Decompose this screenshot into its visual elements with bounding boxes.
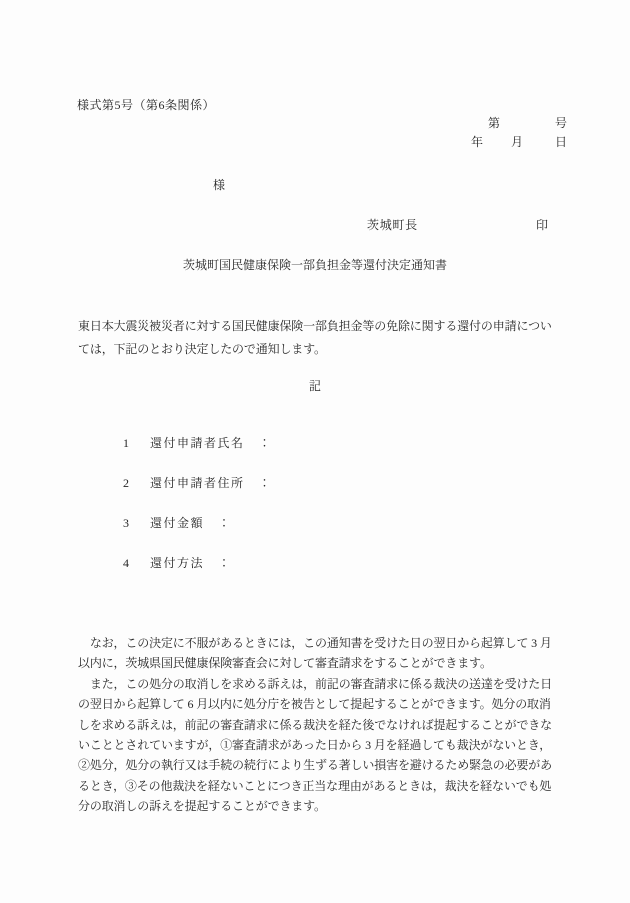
date-line: 年月日 (471, 133, 567, 150)
record-marker: 記 (0, 377, 630, 394)
item-number: 3 (123, 516, 129, 530)
item-colon: ： (218, 556, 230, 570)
item-colon: ： (259, 436, 271, 450)
date-month-label: 月 (511, 135, 523, 149)
list-item: 2還付申請者住所： (123, 477, 271, 489)
closing-line: 分の取消しの訴えを提起することができます。 (78, 796, 560, 816)
addressee-honorific: 様 (213, 176, 225, 193)
closing-line: の翌日から起算して 6 月以内に処分庁を被告として提起することができます。処分の… (78, 694, 560, 714)
closing-line: いこととされていますが，①審査請求があった日から 3 月を経過しても裁決がないと… (78, 735, 560, 755)
issuer-name: 茨城町長 (367, 216, 418, 233)
item-label: 還付金額 (150, 516, 204, 530)
item-number: 1 (123, 436, 129, 450)
closing-paragraph: なお，この決定に不服があるときには，この通知書を受けた日の翌日から起算して 3 … (78, 633, 560, 817)
closing-line: また，この処分の取消しを求める訴えは，前記の審査請求に係る裁決の送達を受けた日 (78, 674, 560, 694)
item-number: 4 (123, 556, 129, 570)
item-list: 1還付申請者氏名： 2還付申請者住所： 3還付金額： 4還付方法： (123, 437, 271, 597)
list-item: 4還付方法： (123, 557, 271, 569)
item-label: 還付申請者住所 (150, 476, 245, 490)
closing-line: るとき，③その他裁決を経ないことにつき正当な理由があるときは，裁決を経ないでも処 (78, 776, 560, 796)
closing-line: なお，この決定に不服があるときには，この通知書を受けた日の翌日から起算して 3 … (78, 633, 560, 653)
doc-number-prefix: 第 (488, 116, 500, 130)
item-label: 還付方法 (150, 556, 204, 570)
closing-line: しを求める訴えは，前記の審査請求に係る裁決を経た後でなければ提起することができな (78, 715, 560, 735)
intro-line: 東日本大震災被災者に対する国民健康保険一部負担金等の免除に関する還付の申請につい (78, 315, 558, 338)
intro-line: ては，下記のとおり決定したので通知します。 (78, 338, 558, 361)
doc-number-suffix: 号 (555, 116, 567, 130)
date-day-label: 日 (555, 135, 567, 149)
date-year-label: 年 (471, 135, 483, 149)
form-number-label: 様式第5号（第6条関係） (77, 96, 215, 113)
closing-line: ②処分，処分の執行又は手続の続行により生ずる著しい損害を避けるため緊急の必要があ (78, 755, 560, 775)
item-label: 還付申請者氏名 (150, 436, 245, 450)
item-number: 2 (123, 476, 129, 490)
document-number-line: 第号 (488, 114, 567, 131)
document-page: 様式第5号（第6条関係） 第号 年月日 様 茨城町長 印 茨城町国民健康保険一部… (0, 0, 630, 903)
intro-paragraph: 東日本大震災被災者に対する国民健康保険一部負担金等の免除に関する還付の申請につい… (78, 315, 558, 361)
closing-line: 以内に，茨城県国民健康保険審査会に対して審査請求をすることができます。 (78, 653, 560, 673)
item-colon: ： (218, 516, 230, 530)
item-colon: ： (259, 476, 271, 490)
document-title: 茨城町国民健康保険一部負担金等還付決定通知書 (0, 256, 630, 273)
seal-placeholder: 印 (536, 216, 548, 233)
list-item: 3還付金額： (123, 517, 271, 529)
list-item: 1還付申請者氏名： (123, 437, 271, 449)
